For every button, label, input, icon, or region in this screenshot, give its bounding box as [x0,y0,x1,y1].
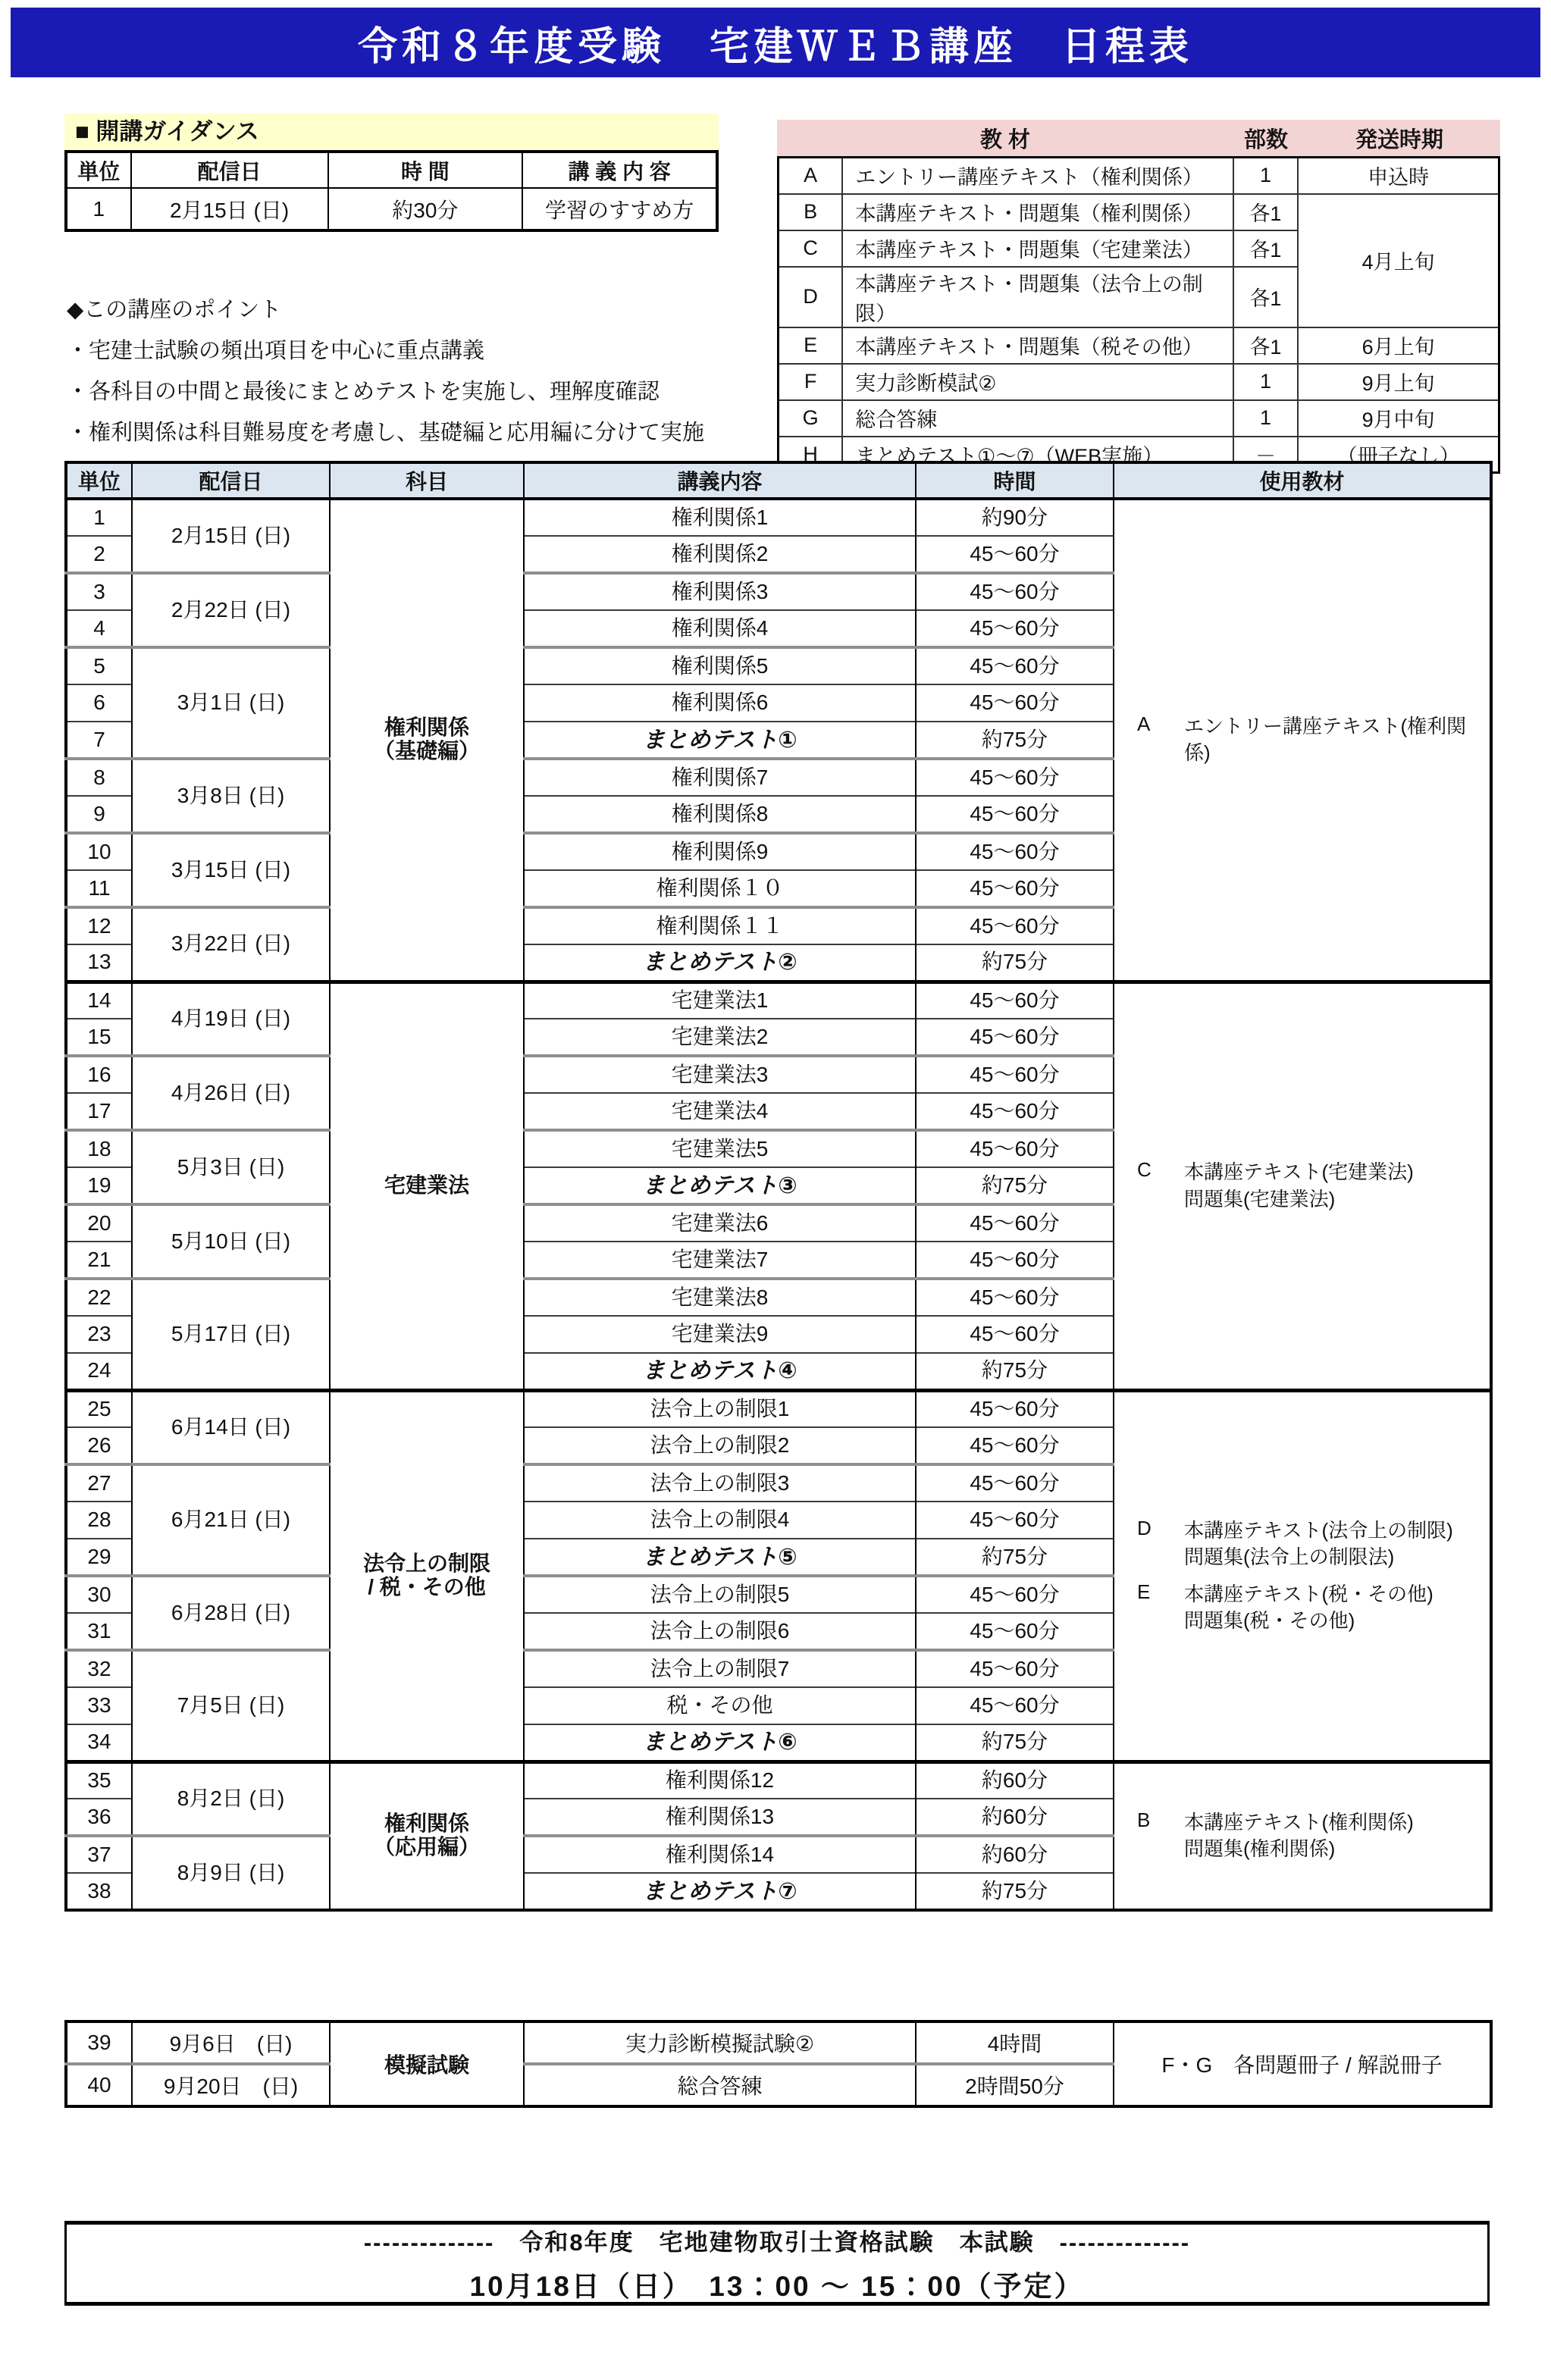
lecture-content-cell: 権利関係4 [524,610,916,647]
material-period-cell: 9月中旬 [1298,400,1499,437]
time-cell: 約75分 [916,1873,1114,1910]
subject-cell: 権利関係（応用編） [330,1762,524,1910]
material-ref-lines: 本講座テキスト(権利関係)問題集(権利関係) [1184,1809,1414,1862]
materials-table: Aエントリー講座テキスト（権利関係）1申込時B本講座テキスト・問題集（権利関係）… [777,156,1500,474]
schedule-header-row: 単位配信日科目講義内容時間使用教材 [66,462,1491,499]
schedule-header-cell: 使用教材 [1114,462,1491,499]
materials-row: E本講座テキスト・問題集（税その他）各16月上旬 [779,327,1499,364]
schedule-row: 144月19日 (日)宅建業法宅建業法145～60分C本講座テキスト(宅建業法)… [66,982,1491,1019]
date-cell: 9月6日 (日) [132,2021,330,2064]
lecture-content-cell: 実力診断模擬試験② [524,2021,916,2064]
exam-row: 399月6日 (日)模擬試験実力診断模擬試験②4時間F・G 各問題冊子 / 解説… [66,2021,1491,2064]
guidance-cell: 学習のすすめ方 [522,188,717,230]
material-count-cell: 1 [1233,400,1299,437]
unit-cell: 18 [66,1130,132,1167]
unit-cell: 25 [66,1390,132,1427]
unit-cell: 14 [66,982,132,1019]
unit-cell: 4 [66,610,132,647]
lecture-content-cell: まとめテスト② [524,944,916,982]
material-code-cell: C [779,230,843,267]
time-cell: 45～60分 [916,1576,1114,1613]
material-code-cell: G [779,400,843,437]
date-cell: 6月14日 (日) [132,1390,330,1464]
time-cell: 45～60分 [916,1613,1114,1650]
subject-cell: 宅建業法 [330,982,524,1390]
date-cell: 5月17日 (日) [132,1279,330,1390]
lecture-content-cell: 総合答練 [524,2064,916,2106]
time-cell: 45～60分 [916,796,1114,833]
lecture-content-cell: 宅建業法2 [524,1019,916,1056]
guidance-table: 単位配信日時 間講 義 内 容 12月15日 (日)約30分学習のすすめ方 [64,150,719,232]
time-cell: 45～60分 [916,610,1114,647]
lecture-content-cell: 権利関係14 [524,1836,916,1873]
material-name-cell: 本講座テキスト・問題集（法令上の制限） [842,267,1233,327]
lecture-content-cell: 権利関係1 [524,499,916,536]
subject-cell: 法令上の制限/ 税・その他 [330,1390,524,1762]
date-cell: 2月22日 (日) [132,573,330,647]
unit-cell: 5 [66,647,132,684]
lecture-content-cell: まとめテスト④ [524,1353,916,1390]
lecture-content-cell: 宅建業法8 [524,1279,916,1316]
unit-cell: 13 [66,944,132,982]
notice-exam-datetime: 10月18日（日） 13：00 ～ 15：00（予定） [470,2263,1085,2304]
date-cell: 3月22日 (日) [132,907,330,982]
material-period-cell: 申込時 [1298,158,1499,194]
time-cell: 4時間 [916,2021,1114,2064]
lecture-content-cell: 権利関係8 [524,796,916,833]
points-title: ◆この講座のポイント [67,290,704,330]
schedule-table: 単位配信日科目講義内容時間使用教材 12月15日 (日)権利関係（基礎編）権利関… [64,461,1493,1912]
schedule-row: 12月15日 (日)権利関係（基礎編）権利関係1約90分Aエントリー講座テキスト… [66,499,1491,536]
material-ref-code: A [1137,713,1184,766]
unit-cell: 32 [66,1650,132,1687]
material-code-cell: F [779,364,843,400]
material-code-cell: A [779,158,843,194]
date-cell: 3月1日 (日) [132,647,330,759]
schedule-row: 358月2日 (日)権利関係（応用編）権利関係12約60分B本講座テキスト(権利… [66,1762,1491,1799]
unit-cell: 24 [66,1353,132,1390]
time-cell: 45～60分 [916,982,1114,1019]
time-cell: 約75分 [916,1539,1114,1576]
lecture-content-cell: 税・その他 [524,1687,916,1724]
lecture-content-cell: 宅建業法5 [524,1130,916,1167]
date-cell: 9月20日 (日) [132,2064,330,2106]
material-ref-code: D [1137,1517,1184,1570]
lecture-content-cell: 権利関係9 [524,833,916,870]
point-item: ・各科目の中間と最後にまとめテストを実施し、理解度確認 [67,371,704,412]
unit-cell: 1 [66,499,132,536]
material-count-cell: 各1 [1233,194,1299,230]
lecture-content-cell: 権利関係7 [524,759,916,796]
schedule-header-cell: 講義内容 [524,462,916,499]
date-cell: 2月15日 (日) [132,499,330,573]
date-cell: 3月15日 (日) [132,833,330,907]
guidance-cell: 2月15日 (日) [131,188,328,230]
date-cell: 5月10日 (日) [132,1204,330,1279]
material-name-cell: 本講座テキスト・問題集（宅建業法） [842,230,1233,267]
material-cell: B本講座テキスト(権利関係)問題集(権利関係) [1114,1762,1491,1910]
lecture-content-cell: 権利関係１１ [524,907,916,944]
exam-table: 399月6日 (日)模擬試験実力診断模擬試験②4時間F・G 各問題冊子 / 解説… [64,2020,1493,2108]
date-cell: 5月3日 (日) [132,1130,330,1204]
lecture-content-cell: まとめテスト① [524,722,916,759]
time-cell: 45～60分 [916,684,1114,722]
material-cell: D本講座テキスト(法令上の制限)問題集(法令上の制限法)E本講座テキスト(税・そ… [1114,1390,1491,1762]
lecture-content-cell: 権利関係12 [524,1762,916,1799]
lecture-content-cell: 権利関係2 [524,536,916,573]
unit-cell: 28 [66,1502,132,1539]
materials-header-name: 教 材 [777,120,1233,156]
materials-row: B本講座テキスト・問題集（権利関係）各14月上旬 [779,194,1499,230]
guidance-header-cell: 配信日 [131,152,328,188]
unit-cell: 40 [66,2064,132,2106]
guidance-header-cell: 時 間 [328,152,523,188]
unit-cell: 7 [66,722,132,759]
material-code-cell: B [779,194,843,230]
materials-section: 教 材 部数 発送時期 Aエントリー講座テキスト（権利関係）1申込時B本講座テキ… [777,120,1500,474]
material-count-cell: 各1 [1233,230,1299,267]
unit-cell: 30 [66,1576,132,1613]
lecture-content-cell: 権利関係6 [524,684,916,722]
materials-header-period: 発送時期 [1299,120,1500,156]
unit-cell: 20 [66,1204,132,1242]
time-cell: 45～60分 [916,1316,1114,1353]
time-cell: 約75分 [916,944,1114,982]
lecture-content-cell: 宅建業法3 [524,1056,916,1093]
unit-cell: 21 [66,1242,132,1279]
time-cell: 45～60分 [916,907,1114,944]
guidance-row: 12月15日 (日)約30分学習のすすめ方 [66,188,717,230]
material-name-cell: 実力診断模試② [842,364,1233,400]
time-cell: 約60分 [916,1836,1114,1873]
time-cell: 45～60分 [916,1390,1114,1427]
time-cell: 2時間50分 [916,2064,1114,2106]
material-name-cell: エントリー講座テキスト（権利関係） [842,158,1233,194]
material-code-cell: D [779,267,843,327]
time-cell: 45～60分 [916,1130,1114,1167]
time-cell: 約75分 [916,1353,1114,1390]
schedule-header-cell: 単位 [66,462,132,499]
material-period-cell: 6月上旬 [1298,327,1499,364]
lecture-content-cell: 宅建業法6 [524,1204,916,1242]
time-cell: 45～60分 [916,1019,1114,1056]
schedule-row: 256月14日 (日)法令上の制限/ 税・その他法令上の制限145～60分D本講… [66,1390,1491,1427]
lecture-content-cell: 宅建業法7 [524,1242,916,1279]
date-cell: 4月19日 (日) [132,982,330,1056]
date-cell: 6月21日 (日) [132,1464,330,1576]
point-item: ・宅建士試験の頻出項目を中心に重点講義 [67,330,704,371]
material-period-cell: 4月上旬 [1298,194,1499,327]
material-ref-lines: 本講座テキスト(税・その他)問題集(税・その他) [1184,1581,1433,1634]
unit-cell: 17 [66,1093,132,1130]
material-ref-lines: 本講座テキスト(宅建業法)問題集(宅建業法) [1184,1159,1414,1212]
time-cell: 約60分 [916,1799,1114,1836]
schedule-header-cell: 科目 [330,462,524,499]
material-ref: B本講座テキスト(権利関係)問題集(権利関係) [1137,1809,1490,1862]
material-name-cell: 総合答練 [842,400,1233,437]
material-ref-code: E [1137,1581,1184,1634]
point-item: ・権利関係は科目難易度を考慮し、基礎編と応用編に分けて実施 [67,412,704,453]
time-cell: 約90分 [916,499,1114,536]
page-title: 令和８年度受験 宅建ＷＥＢ講座 日程表 [358,14,1193,71]
unit-cell: 16 [66,1056,132,1093]
lecture-content-cell: 法令上の制限1 [524,1390,916,1427]
material-ref: Aエントリー講座テキスト(権利関係) [1137,713,1490,766]
unit-cell: 2 [66,536,132,573]
date-cell: 3月8日 (日) [132,759,330,833]
unit-cell: 36 [66,1799,132,1836]
time-cell: 45～60分 [916,1687,1114,1724]
lecture-content-cell: 法令上の制限4 [524,1502,916,1539]
lecture-content-cell: 権利関係3 [524,573,916,610]
unit-cell: 22 [66,1279,132,1316]
time-cell: 45～60分 [916,1650,1114,1687]
lecture-content-cell: 権利関係13 [524,1799,916,1836]
unit-cell: 23 [66,1316,132,1353]
unit-cell: 11 [66,870,132,907]
lecture-content-cell: 法令上の制限2 [524,1427,916,1464]
time-cell: 45～60分 [916,759,1114,796]
unit-cell: 10 [66,833,132,870]
lecture-content-cell: 宅建業法1 [524,982,916,1019]
final-exam-notice: -------------- 令和8年度 宅地建物取引士資格試験 本試験 ---… [64,2221,1490,2306]
guidance-header-row: 単位配信日時 間講 義 内 容 [66,152,717,188]
time-cell: 45～60分 [916,1204,1114,1242]
page: 令和８年度受験 宅建ＷＥＢ講座 日程表 ■ 開講ガイダンス 単位配信日時 間講 … [0,0,1551,2380]
lecture-content-cell: まとめテスト③ [524,1167,916,1204]
lecture-content-cell: 法令上の制限6 [524,1613,916,1650]
unit-cell: 3 [66,573,132,610]
unit-cell: 37 [66,1836,132,1873]
lecture-content-cell: 宅建業法9 [524,1316,916,1353]
materials-row: Aエントリー講座テキスト（権利関係）1申込時 [779,158,1499,194]
schedule-header-cell: 時間 [916,462,1114,499]
material-cell: F・G 各問題冊子 / 解説冊子 [1114,2021,1491,2106]
time-cell: 45～60分 [916,573,1114,610]
material-ref: D本講座テキスト(法令上の制限)問題集(法令上の制限法) [1137,1517,1490,1570]
title-banner: 令和８年度受験 宅建ＷＥＢ講座 日程表 [11,8,1540,77]
time-cell: 45～60分 [916,1279,1114,1316]
lecture-content-cell: 権利関係5 [524,647,916,684]
unit-cell: 12 [66,907,132,944]
time-cell: 45～60分 [916,1502,1114,1539]
material-ref-lines: 本講座テキスト(法令上の制限)問題集(法令上の制限法) [1184,1517,1453,1570]
time-cell: 約75分 [916,1724,1114,1762]
material-count-cell: 1 [1233,158,1299,194]
guidance-header-cell: 講 義 内 容 [522,152,717,188]
material-ref-code: B [1137,1809,1184,1862]
materials-header-row: 教 材 部数 発送時期 [777,120,1500,156]
materials-header-count: 部数 [1233,120,1299,156]
unit-cell: 31 [66,1613,132,1650]
material-name-cell: 本講座テキスト・問題集（税その他） [842,327,1233,364]
material-cell: Aエントリー講座テキスト(権利関係) [1114,499,1491,982]
time-cell: 45～60分 [916,1464,1114,1502]
material-count-cell: 1 [1233,364,1299,400]
unit-cell: 6 [66,684,132,722]
time-cell: 45～60分 [916,1427,1114,1464]
lecture-content-cell: 法令上の制限7 [524,1650,916,1687]
date-cell: 6月28日 (日) [132,1576,330,1650]
unit-cell: 8 [66,759,132,796]
schedule-header-cell: 配信日 [132,462,330,499]
subject-cell: 模擬試験 [330,2021,524,2106]
material-cell: C本講座テキスト(宅建業法)問題集(宅建業法) [1114,982,1491,1390]
time-cell: 45～60分 [916,833,1114,870]
unit-cell: 38 [66,1873,132,1910]
unit-cell: 39 [66,2021,132,2064]
materials-row: F実力診断模試②19月上旬 [779,364,1499,400]
lecture-content-cell: まとめテスト⑥ [524,1724,916,1762]
time-cell: 約60分 [916,1762,1114,1799]
time-cell: 45～60分 [916,1056,1114,1093]
time-cell: 45～60分 [916,536,1114,573]
material-count-cell: 各1 [1233,327,1299,364]
material-ref: C本講座テキスト(宅建業法)問題集(宅建業法) [1137,1159,1490,1212]
guidance-cell: 約30分 [328,188,523,230]
unit-cell: 33 [66,1687,132,1724]
lecture-content-cell: 宅建業法4 [524,1093,916,1130]
time-cell: 約75分 [916,1167,1114,1204]
date-cell: 8月9日 (日) [132,1836,330,1910]
date-cell: 7月5日 (日) [132,1650,330,1762]
unit-cell: 19 [66,1167,132,1204]
lecture-content-cell: 法令上の制限3 [524,1464,916,1502]
material-ref-code: C [1137,1159,1184,1212]
notice-exam-title: -------------- 令和8年度 宅地建物取引士資格試験 本試験 ---… [364,2223,1190,2257]
guidance-section-title: ■ 開講ガイダンス [64,114,719,150]
lecture-content-cell: 法令上の制限5 [524,1576,916,1613]
unit-cell: 35 [66,1762,132,1799]
unit-cell: 26 [66,1427,132,1464]
materials-row: G総合答練19月中旬 [779,400,1499,437]
course-points: ◆この講座のポイント ・宅建士試験の頻出項目を中心に重点講義・各科目の中間と最後… [67,290,704,453]
material-count-cell: 各1 [1233,267,1299,327]
time-cell: 45～60分 [916,870,1114,907]
lecture-content-cell: 権利関係１０ [524,870,916,907]
date-cell: 4月26日 (日) [132,1056,330,1130]
material-ref: E本講座テキスト(税・その他)問題集(税・その他) [1137,1581,1490,1634]
unit-cell: 27 [66,1464,132,1502]
guidance-cell: 1 [66,188,131,230]
lecture-content-cell: まとめテスト⑤ [524,1539,916,1576]
unit-cell: 29 [66,1539,132,1576]
material-code-cell: E [779,327,843,364]
guidance-header-cell: 単位 [66,152,131,188]
unit-cell: 9 [66,796,132,833]
unit-cell: 15 [66,1019,132,1056]
unit-cell: 34 [66,1724,132,1762]
time-cell: 45～60分 [916,1093,1114,1130]
date-cell: 8月2日 (日) [132,1762,330,1836]
time-cell: 45～60分 [916,1242,1114,1279]
lecture-content-cell: まとめテスト⑦ [524,1873,916,1910]
time-cell: 45～60分 [916,647,1114,684]
material-period-cell: 9月上旬 [1298,364,1499,400]
time-cell: 約75分 [916,722,1114,759]
material-name-cell: 本講座テキスト・問題集（権利関係） [842,194,1233,230]
subject-cell: 権利関係（基礎編） [330,499,524,982]
material-ref-lines: エントリー講座テキスト(権利関係) [1184,713,1490,766]
